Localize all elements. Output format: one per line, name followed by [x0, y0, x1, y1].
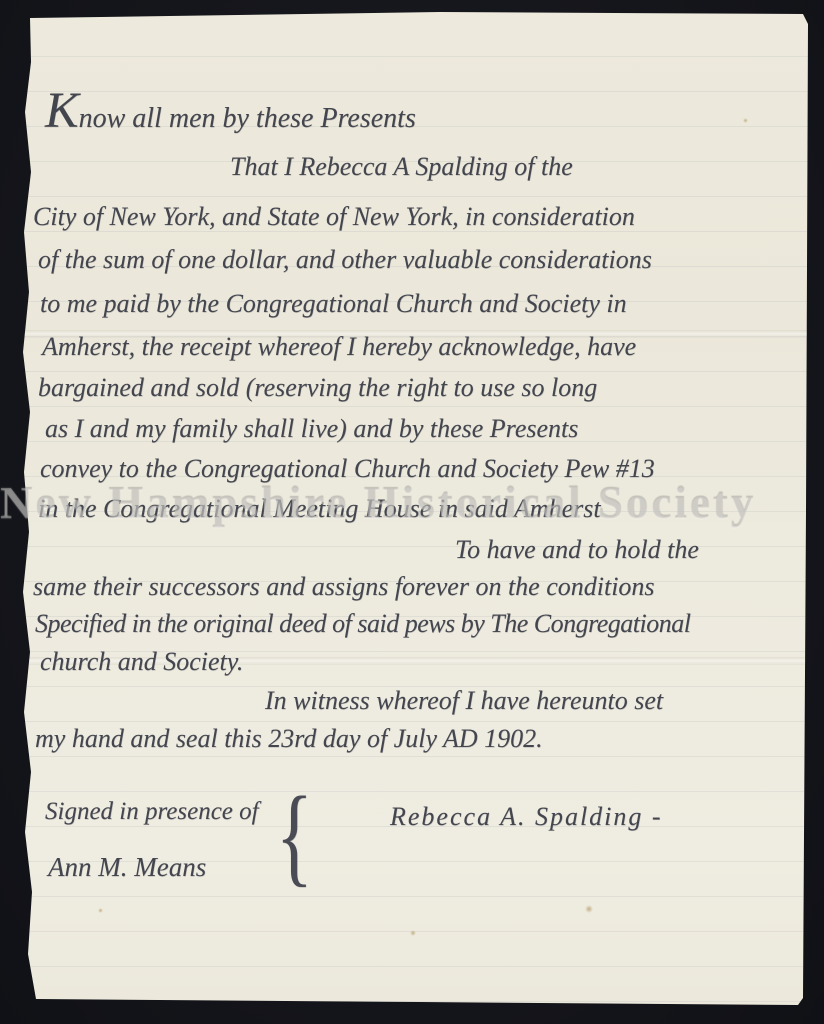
manuscript-line: church and Society. [40, 645, 243, 679]
foxing-spot [743, 118, 748, 123]
signed-in-presence-label: Signed in presence of [45, 795, 259, 829]
manuscript-line: That I Rebecca A Spalding of the [230, 150, 573, 184]
foxing-spot [98, 908, 103, 913]
manuscript-line: bargained and sold (reserving the right … [38, 371, 597, 405]
manuscript-line: of the sum of one dollar, and other valu… [38, 243, 652, 277]
manuscript-paper-sheet: Know all men by these Presents That I Re… [20, 12, 808, 1005]
manuscript-line: as I and my family shall live) and by th… [45, 412, 578, 446]
manuscript-line: my hand and seal this 23rd day of July A… [35, 722, 543, 756]
manuscript-line: Amherst, the receipt whereof I hereby ac… [42, 330, 636, 364]
foxing-spot [410, 930, 416, 936]
manuscript-line: in the Congregational Meeting House in s… [38, 492, 601, 526]
photograph-black-mat: Know all men by these Presents That I Re… [0, 0, 824, 1024]
manuscript-line: to me paid by the Congregational Church … [40, 287, 627, 321]
principal-signature: Rebecca A. Spalding - [390, 800, 663, 834]
witness-brace-mark: { [276, 780, 313, 890]
manuscript-line: same their successors and assigns foreve… [33, 570, 655, 604]
manuscript-line: convey to the Congregational Church and … [40, 452, 655, 486]
manuscript-line: Specified in the original deed of said p… [35, 607, 690, 641]
manuscript-line: In witness whereof I have hereunto set [265, 684, 663, 718]
manuscript-line: Know all men by these Presents [45, 95, 416, 136]
foxing-spot [585, 905, 593, 913]
manuscript-line: To have and to hold the [455, 533, 699, 567]
manuscript-line: City of New York, and State of New York,… [33, 200, 635, 234]
witness-signature: Ann M. Means [48, 850, 206, 884]
